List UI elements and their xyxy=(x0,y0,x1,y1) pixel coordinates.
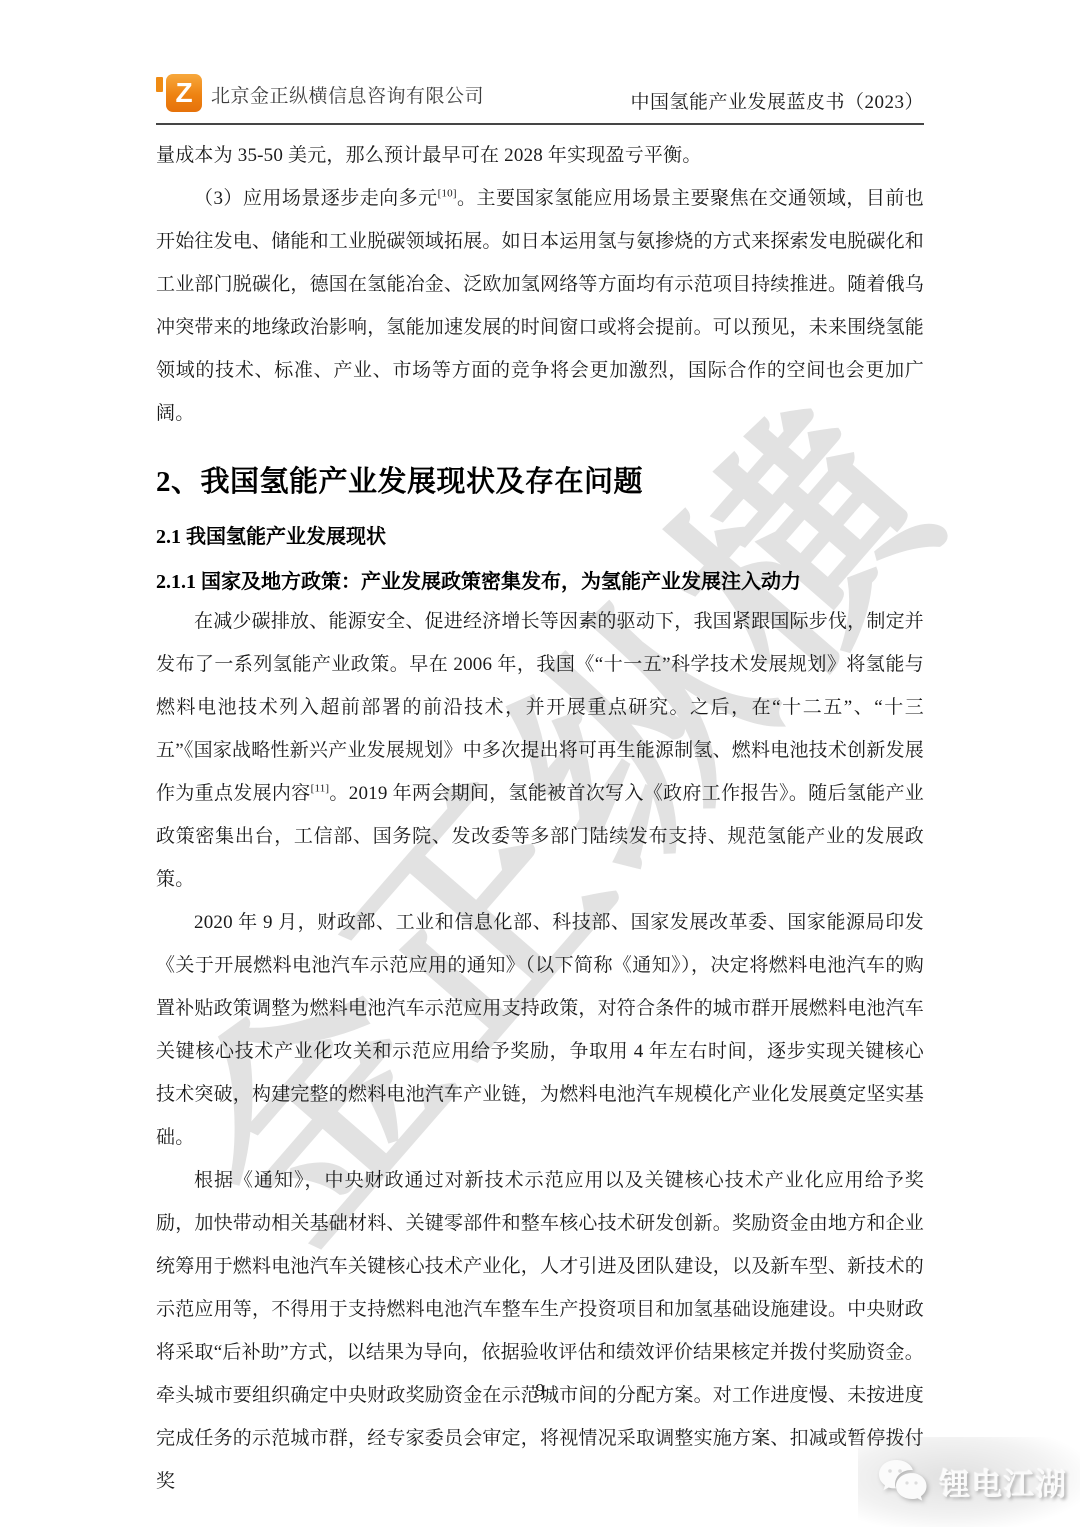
paragraph-continuation: 量成本为 35-50 美元，那么预计最早可在 2028 年实现盈亏平衡。 xyxy=(156,134,924,177)
page-content: Z 北京金正纵横信息咨询有限公司 中国氢能产业发展蓝皮书（2023） 量成本为 … xyxy=(156,74,924,1503)
section-heading: 2、我国氢能产业发展现状及存在问题 xyxy=(156,459,924,505)
subsection-heading: 2.1 我国氢能产业发展现状 xyxy=(156,519,924,555)
paragraph-6: 根据《通知》，中央财政通过对新技术示范应用以及关键核心技术产业化应用给予奖励，加… xyxy=(156,1159,924,1503)
footnote-ref-11: [11] xyxy=(311,783,330,795)
page-header: Z 北京金正纵横信息咨询有限公司 中国氢能产业发展蓝皮书（2023） xyxy=(156,74,924,125)
footnote-ref-10: [10] xyxy=(438,188,457,200)
paragraph-3: （3）应用场景逐步走向多元[10]。主要国家氢能应用场景主要聚焦在交通领域，目前… xyxy=(156,177,924,435)
paragraph-3-text: （3）应用场景逐步走向多元 xyxy=(194,188,438,209)
company-name: 北京金正纵横信息咨询有限公司 xyxy=(211,81,484,108)
paragraph-4: 在减少碳排放、能源安全、促进经济增长等因素的驱动下，我国紧跟国际步伐，制定并发布… xyxy=(156,600,924,901)
page-number: 9 xyxy=(0,1380,1080,1401)
header-left: Z 北京金正纵横信息咨询有限公司 xyxy=(156,74,484,114)
wechat-icon xyxy=(876,1458,932,1506)
corner-brand-text: 锂电江湖 xyxy=(940,1460,1068,1504)
company-logo-icon: Z xyxy=(156,74,202,114)
document-page: 金正纵横 Z 北京金正纵横信息咨询有限公司 中国氢能产业发展蓝皮书（2023） … xyxy=(0,0,1080,1527)
document-title: 中国氢能产业发展蓝皮书（2023） xyxy=(630,87,924,114)
body-text: 量成本为 35-50 美元，那么预计最早可在 2028 年实现盈亏平衡。 （3）… xyxy=(156,134,924,1503)
logo-z-glyph: Z xyxy=(166,74,202,112)
subsubsection-heading: 2.1.1 国家及地方政策：产业发展政策密集发布，为氢能产业发展注入动力 xyxy=(156,564,924,600)
paragraph-5: 2020 年 9 月，财政部、工业和信息化部、科技部、国家发展改革委、国家能源局… xyxy=(156,901,924,1159)
logo-bar-shape xyxy=(156,77,163,92)
paragraph-3-rest: 。主要国家氢能应用场景主要聚焦在交通领域，目前也开始往发电、储能和工业脱碳领域拓… xyxy=(156,188,924,424)
paragraph-4-text: 在减少碳排放、能源安全、促进经济增长等因素的驱动下，我国紧跟国际步伐，制定并发布… xyxy=(156,611,924,804)
corner-brand: 锂电江湖 xyxy=(858,1437,1080,1527)
